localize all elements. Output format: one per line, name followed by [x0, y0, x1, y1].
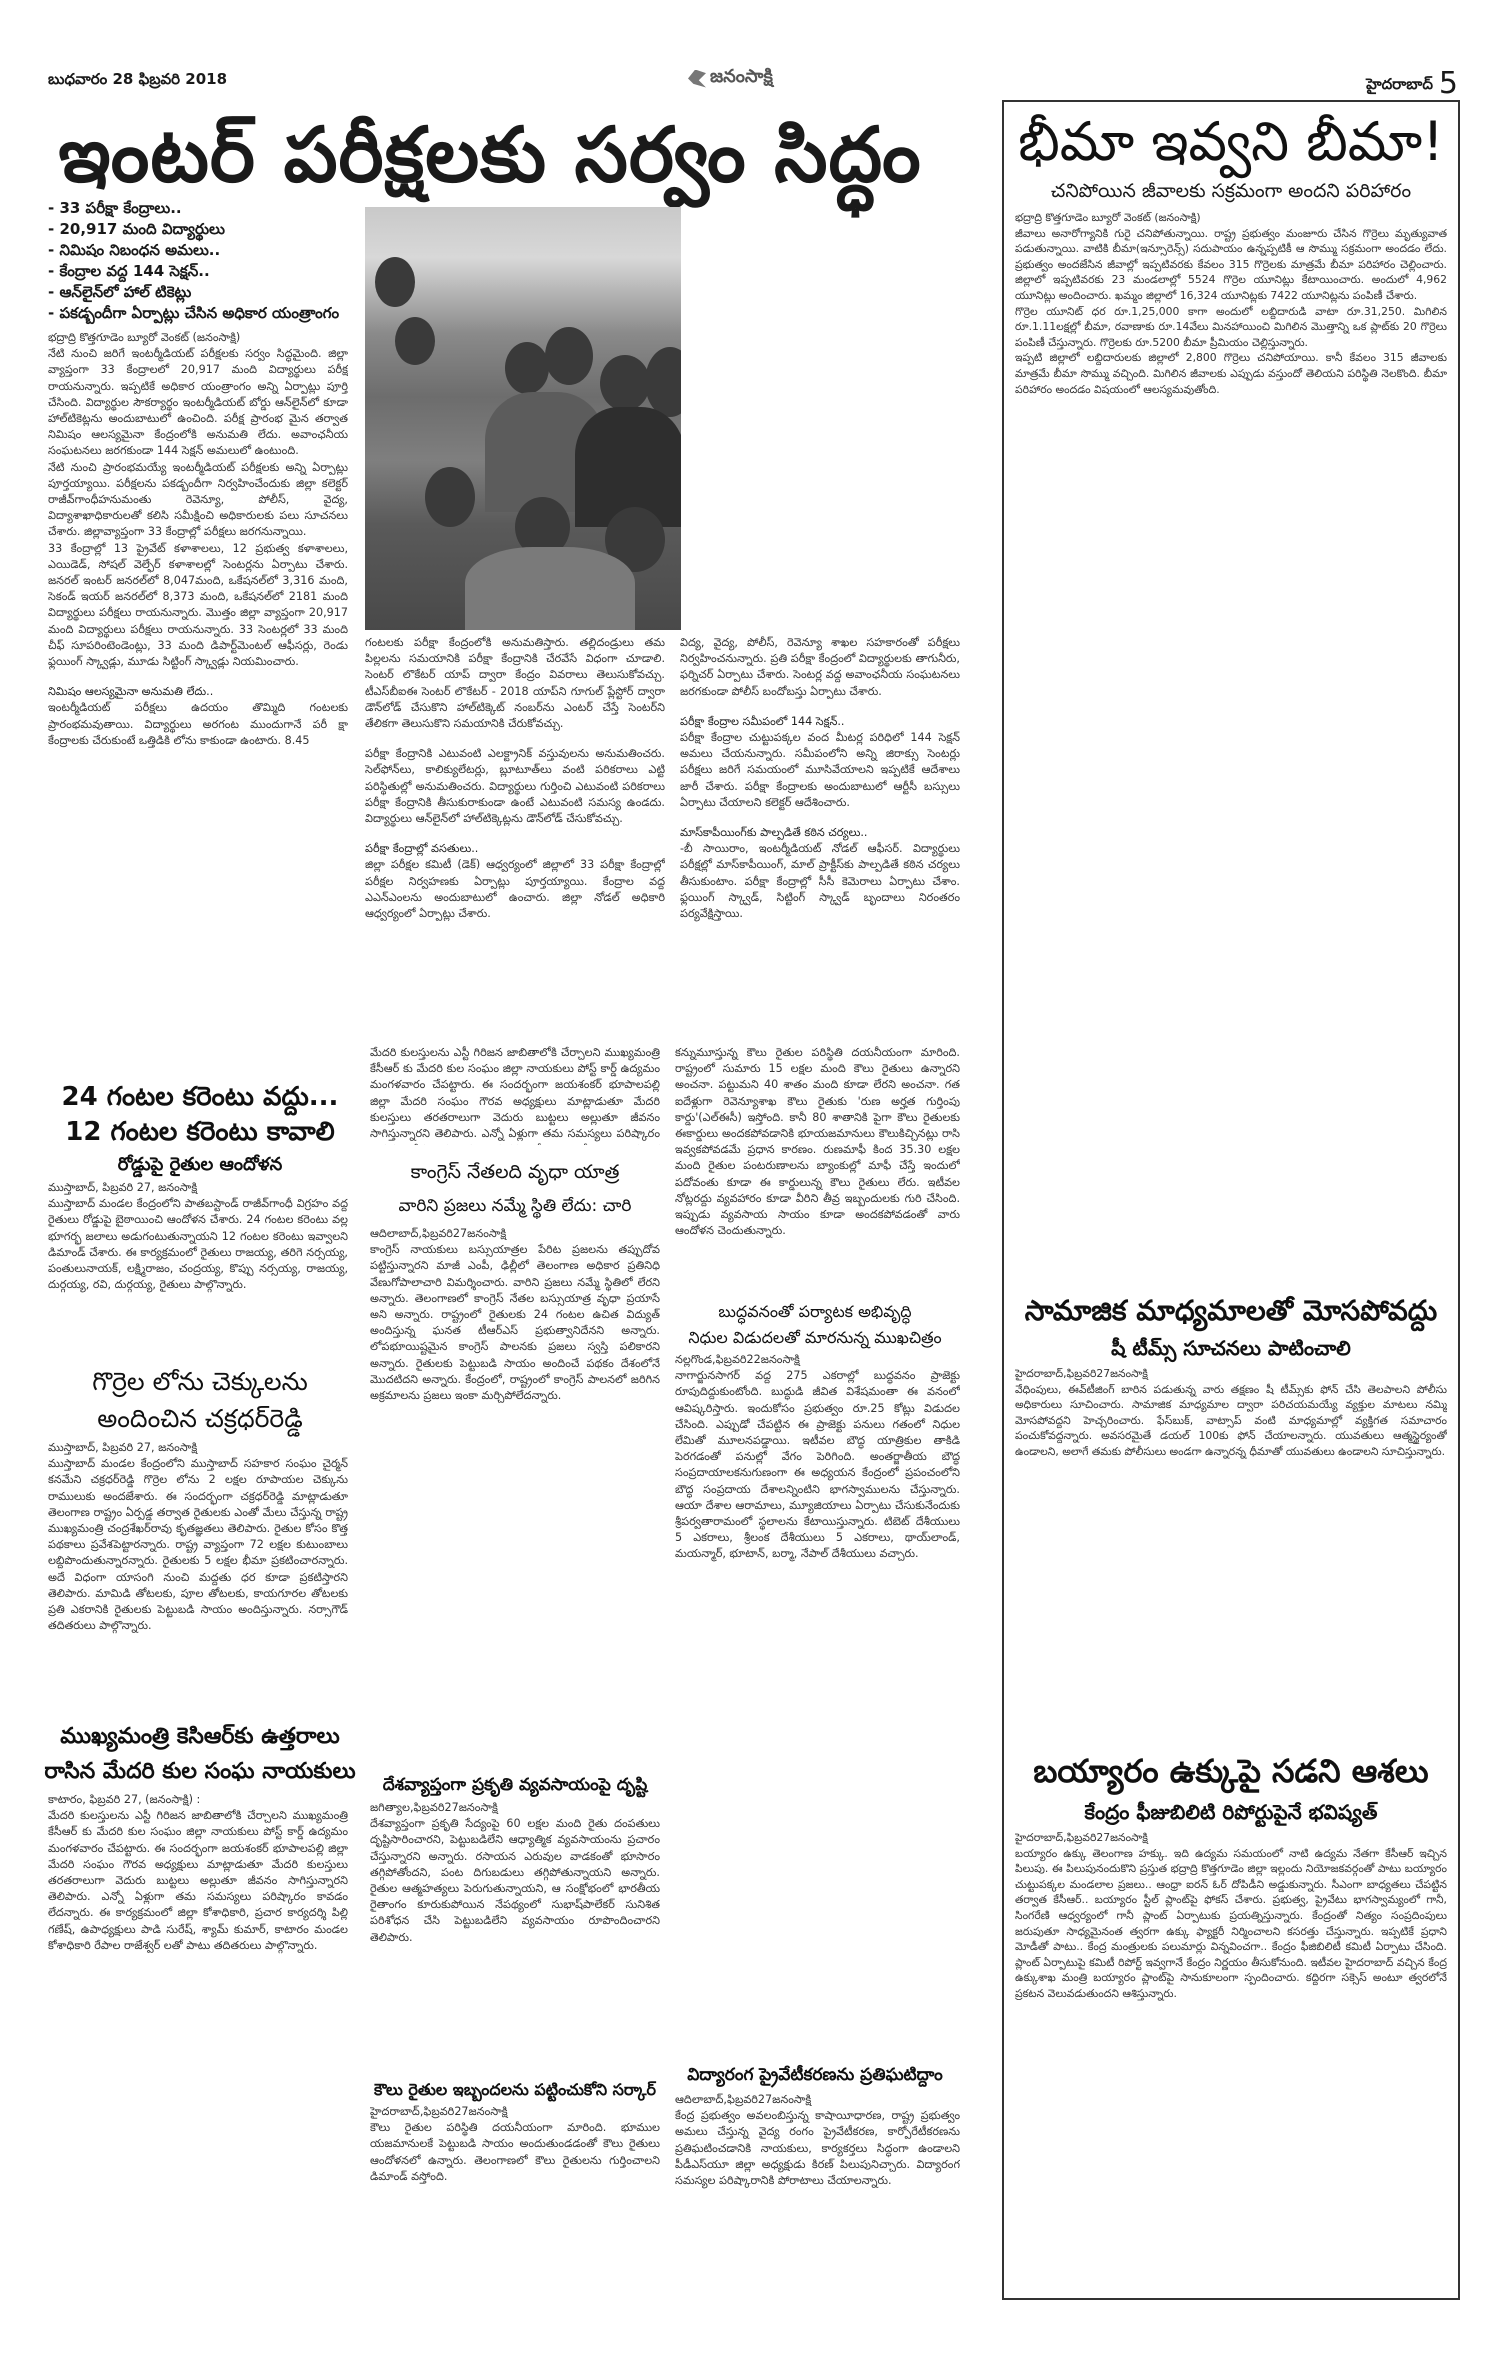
medari-body: కాటారం, ఫిబ్రవరి 27, (జనంసాక్షి) : మేదరి… [48, 1792, 348, 2322]
medari-headline-1: ముఖ్యమంత్రి కెసిఆర్‌కు ఉత్తరాలు [40, 1722, 360, 1752]
paragraph: మేదరి కులస్తులను ఎస్టీ గిరిజన జాబితాలోకి… [370, 1045, 660, 1145]
paragraph: పరీక్షా కేంద్రానికి ఎటువంటి ఎలక్ట్రానిక్… [365, 746, 665, 827]
paragraph: కౌలు రైతుల పరిస్థితి దయనీయంగా మారింది. భ… [370, 2120, 660, 2185]
dateline: ముస్తాబాద్, పిబ్రవరి 27, జనంసాక్షి [48, 1440, 348, 1456]
newspaper-logo: జనంసాక్షి [688, 66, 773, 91]
paragraph: గంటలకు పరీక్షా కేంద్రంలోకి అనుమతిస్తారు.… [365, 635, 665, 732]
dateline: ఆదిలాబాద్,ఫిబ్రవరి27జనంసాక్షి [370, 1226, 660, 1242]
paragraph: కన్నుమూస్తున్న కౌలు రైతుల పరిస్థితి దయనీ… [675, 1045, 960, 1239]
paragraph: కేంద్ర ప్రభుత్వం అవలంబిస్తున్న కాషాయీధార… [675, 2108, 960, 2189]
buddhavanam-body: నల్లగొండ,ఫిబ్రవరి22జనంసాక్షి నాగార్జునసా… [675, 1352, 960, 2052]
page-number: 5 [1439, 66, 1458, 101]
current-story-body: ముస్తాబాద్, పిబ్రవరి 27, జనంసాక్షి ముస్త… [48, 1180, 348, 1360]
dateline: జగిత్యాల,ఫిబ్రవరి27జనంసాక్షి [370, 1800, 660, 1816]
dateline: భద్రాద్రి కొత్తగూడెం బ్యూరో వెంకట్ (జనంస… [1015, 210, 1447, 226]
highlight-item: - 20,917 మంది విద్యార్థులు [48, 219, 348, 240]
insurance-body: భద్రాద్రి కొత్తగూడెం బ్యూరో వెంకట్ (జనంస… [1015, 210, 1447, 1260]
lead-column-2: గంటలకు పరీక్షా కేంద్రంలోకి అనుమతిస్తారు.… [365, 635, 665, 1025]
sheep-loan-headline-1: గొర్రెల లోను చెక్కులను [40, 1365, 360, 1399]
paragraph: నేటి నుంచి జరిగే ఇంటర్మీడియట్ పరీక్షలకు … [48, 346, 348, 459]
paragraph: పరీక్షా కేంద్రాల చుట్టుపక్కల వంద మీటర్ల … [680, 730, 960, 811]
natural-farming-headline: దేశవ్యాప్తంగా ప్రకృతి వ్యవసాయంపై దృష్టి [365, 1772, 665, 1798]
natural-farming-body: జగిత్యాల,ఫిబ్రవరి27జనంసాక్షి దేశవ్యాప్తం… [370, 1800, 660, 2065]
bayyaram-body: హైదరాబాద్,ఫిబ్రవరి27జనంసాక్షి బయ్యారం ఉక… [1015, 1830, 1447, 2290]
highlight-item: - ఆన్‌లైన్‌లో హాల్ టికెట్లు [48, 282, 348, 303]
paragraph: దేశవ్యాప్తంగా ప్రకృతి సేద్యంపై 60 లక్షల … [370, 1816, 660, 1946]
subhead: పరీక్షా కేంద్రాల సమీపంలో 144 సెక్షన్.. [680, 714, 960, 730]
city-name: హైదరాబాద్ [1366, 75, 1433, 93]
medari-continuation: మేదరి కులస్తులను ఎస్టీ గిరిజన జాబితాలోకి… [370, 1045, 660, 1145]
lead-column-3: విద్య, వైద్య, పోలీస్, రెవెన్యూ శాఖల సహకా… [680, 635, 960, 1025]
paragraph: ఇప్పటి జిల్లాలో లబ్దిదారులకు జిల్లాలో 2,… [1015, 350, 1447, 397]
paragraph: కాంగ్రెస్ నాయకులు బస్సుయాత్రల పేరిట ప్రజ… [370, 1242, 660, 1404]
congress-body: ఆదిలాబాద్,ఫిబ్రవరి27జనంసాక్షి కాంగ్రెస్ … [370, 1226, 660, 1766]
dateline: హైదరాబాద్,ఫిబ్రవరి27జనంసాక్షి [1015, 1830, 1447, 1846]
current-headline-1: 24 గంటల కరెంటు వద్దు... [40, 1080, 360, 1114]
paragraph: మేదరి కులస్తులను ఎస్టీ గిరిజన జాబితాలోకి… [48, 1808, 348, 1954]
paragraph: 33 కేంద్రాల్లో 13 ప్రైవేట్ కళాశాలలు, 12 … [48, 541, 348, 671]
tenant-farmers-top: కన్నుమూస్తున్న కౌలు రైతుల పరిస్థితి దయనీ… [675, 1045, 960, 1295]
dateline: ఆదిలాబాద్,ఫిబ్రవరి27జనంసాక్షి [675, 2092, 960, 2108]
medari-headline-2: రాసిన మేదరి కుల సంఘ నాయకులు [40, 1757, 360, 1787]
highlight-item: - 33 పరీక్షా కేంద్రాలు.. [48, 198, 348, 219]
paragraph: బయ్యారం ఉక్కు తెలంగాణ హక్కు. ఇది ఉద్యమ స… [1015, 1846, 1447, 2002]
issue-date: బుధవారం 28 ఫిబ్రవరి 2018 [48, 70, 227, 92]
subhead: పరీక్షా కేంద్రాల్లో వసతులు.. [365, 841, 665, 857]
subhead: నిమిషం ఆలస్యమైనా అనుమతి లేదు.. [48, 684, 348, 700]
lead-headline: ఇంటర్ పరీక్షలకు సర్వం సిద్ధం [20, 110, 960, 200]
tenant-farmers-body: హైదరాబాద్,ఫిబ్రవరి27జనంసాక్షి కౌలు రైతుల… [370, 2104, 660, 2324]
masthead: బుధవారం 28 ఫిబ్రవరి 2018 జనంసాక్షి హైదరా… [48, 66, 1458, 96]
she-teams-body: హైదరాబాద్,ఫిబ్రవరి27జనంసాక్షి వేధింపులు,… [1015, 1366, 1447, 1736]
she-teams-subheadline: షీ టీమ్స్ సూచనలు పాటించాలి [1002, 1334, 1460, 1362]
paragraph: గొర్రెల యూనిట్ ధర రూ.1,25,000 కాగా అందుల… [1015, 304, 1447, 351]
current-headline-2: 12 గంటల కరెంటు కావాలి [40, 1115, 360, 1149]
education-headline: విద్యారంగ ప్రైవేటీకరణను ప్రతిఘటిద్దాం [670, 2062, 960, 2088]
congress-headline-1: కాంగ్రెస్ నేతలది వృధా యాత్ర [365, 1158, 665, 1186]
insurance-subheadline: చనిపోయిన జీవాలకు సక్రమంగా అందని పరిహారం [1002, 178, 1460, 204]
dateline: హైదరాబాద్,ఫిబ్రవరి27జనంసాక్షి [1015, 1366, 1447, 1382]
lead-column-1: భద్రాద్రి కొత్తగూడెం బ్యూరో వెంకట్ (జనంస… [48, 330, 348, 1030]
paragraph: విద్య, వైద్య, పోలీస్, రెవెన్యూ శాఖల సహకా… [680, 635, 960, 700]
logo-text: జనంసాక్షి [710, 66, 773, 91]
paragraph: నేటి నుంచి ప్రారంభమయ్యే ఇంటర్మీడియట్ పరీ… [48, 460, 348, 541]
bayyaram-headline: బయ్యారం ఉక్కుపై సడని ఆశలు [1002, 1750, 1460, 1792]
paragraph: జీవాలు అనారోగ్యానికి గురై చనిపోతున్నాయి.… [1015, 226, 1447, 304]
she-teams-headline: సామాజిక మాధ్యమాలతో మోసపోవద్దు [1002, 1292, 1460, 1330]
newspaper-page: బుధవారం 28 ఫిబ్రవరి 2018 జనంసాక్షి హైదరా… [0, 0, 1500, 2357]
dateline: నల్లగొండ,ఫిబ్రవరి22జనంసాక్షి [675, 1352, 960, 1368]
paragraph: -బీ సాయిరాం, ఇంటర్మీడియట్ నోడల్ ఆఫీసర్. … [680, 841, 960, 922]
dateline: హైదరాబాద్,ఫిబ్రవరి27జనంసాక్షి [370, 2104, 660, 2120]
subhead: మాస్‌కాపీయింగ్‌కు పాల్పడితే కఠిన చర్యలు.… [680, 825, 960, 841]
tenant-farmers-headline: కౌలు రైతుల ఇబ్బందలను పట్టించుకోని సర్కార… [365, 2078, 665, 2102]
dateline: కాటారం, ఫిబ్రవరి 27, (జనంసాక్షి) : [48, 1792, 348, 1808]
education-body: ఆదిలాబాద్,ఫిబ్రవరి27జనంసాక్షి కేంద్ర ప్ర… [675, 2092, 960, 2322]
paragraph: నాగార్జునసాగర్ వద్ద 275 ఎకరాల్లో బుద్ధవన… [675, 1368, 960, 1562]
paragraph: ఇంటర్మీడియట్ పరీక్షలు ఉదయం తొమ్మిది గంటల… [48, 700, 348, 749]
current-subheadline: రోడ్డుపై రైతుల ఆందోళన [40, 1152, 360, 1178]
highlight-item: - నిమిషం నిబంధన అమలు.. [48, 240, 348, 261]
insurance-headline: భీమా ఇవ్వని బీమా! [1002, 112, 1460, 172]
buddhavanam-headline-1: బుద్ధవనంతో పర్యాటక అభివృద్ధి [670, 1300, 960, 1324]
logo-icon [688, 70, 706, 88]
highlight-item: - కేంద్రాల వద్ద 144 సెక్షన్.. [48, 261, 348, 282]
buddhavanam-headline-2: నిధుల విడుదలతో మారనున్న ముఖచిత్రం [670, 1326, 960, 1350]
exam-hall-photo [365, 207, 681, 630]
bayyaram-subheadline: కేంద్రం ఫీజుబిలిటి రిపోర్టుపైనే భవిష్యత్ [1002, 1798, 1460, 1826]
sheep-loan-body: ముస్తాబాద్, పిబ్రవరి 27, జనంసాక్షి ముస్త… [48, 1440, 348, 1715]
paragraph: వేధింపులు, ఈవ్‌టీజింగ్ బారిన పడుతున్న వా… [1015, 1382, 1447, 1460]
dateline: భద్రాద్రి కొత్తగూడెం బ్యూరో వెంకట్ (జనంస… [48, 330, 348, 346]
edition-city: హైదరాబాద్5 [1366, 66, 1458, 101]
highlight-item: - పకడ్బందీగా ఏర్పాట్లు చేసిన అధికార యంత్… [48, 303, 348, 324]
paragraph: జిల్లా పరీక్షల కమిటీ (డెక్) ఆధ్వర్యంలో జ… [365, 857, 665, 922]
paragraph: ముస్తాబాద్ మండల కేంద్రంలోని పాతబస్టాండ్ … [48, 1196, 348, 1293]
paragraph: ముస్తాబాద్ మండల కేంద్రంలోని ముస్తాబాద్ స… [48, 1456, 348, 1634]
congress-headline-2: వారిని ప్రజలు నమ్మే స్థితి లేదు: చారి [365, 1192, 665, 1220]
dateline: ముస్తాబాద్, పిబ్రవరి 27, జనంసాక్షి [48, 1180, 348, 1196]
sheep-loan-headline-2: అందించిన చక్రధర్‌రెడ్డి [40, 1402, 360, 1436]
lead-highlights: - 33 పరీక్షా కేంద్రాలు.. - 20,917 మంది వ… [48, 198, 348, 324]
